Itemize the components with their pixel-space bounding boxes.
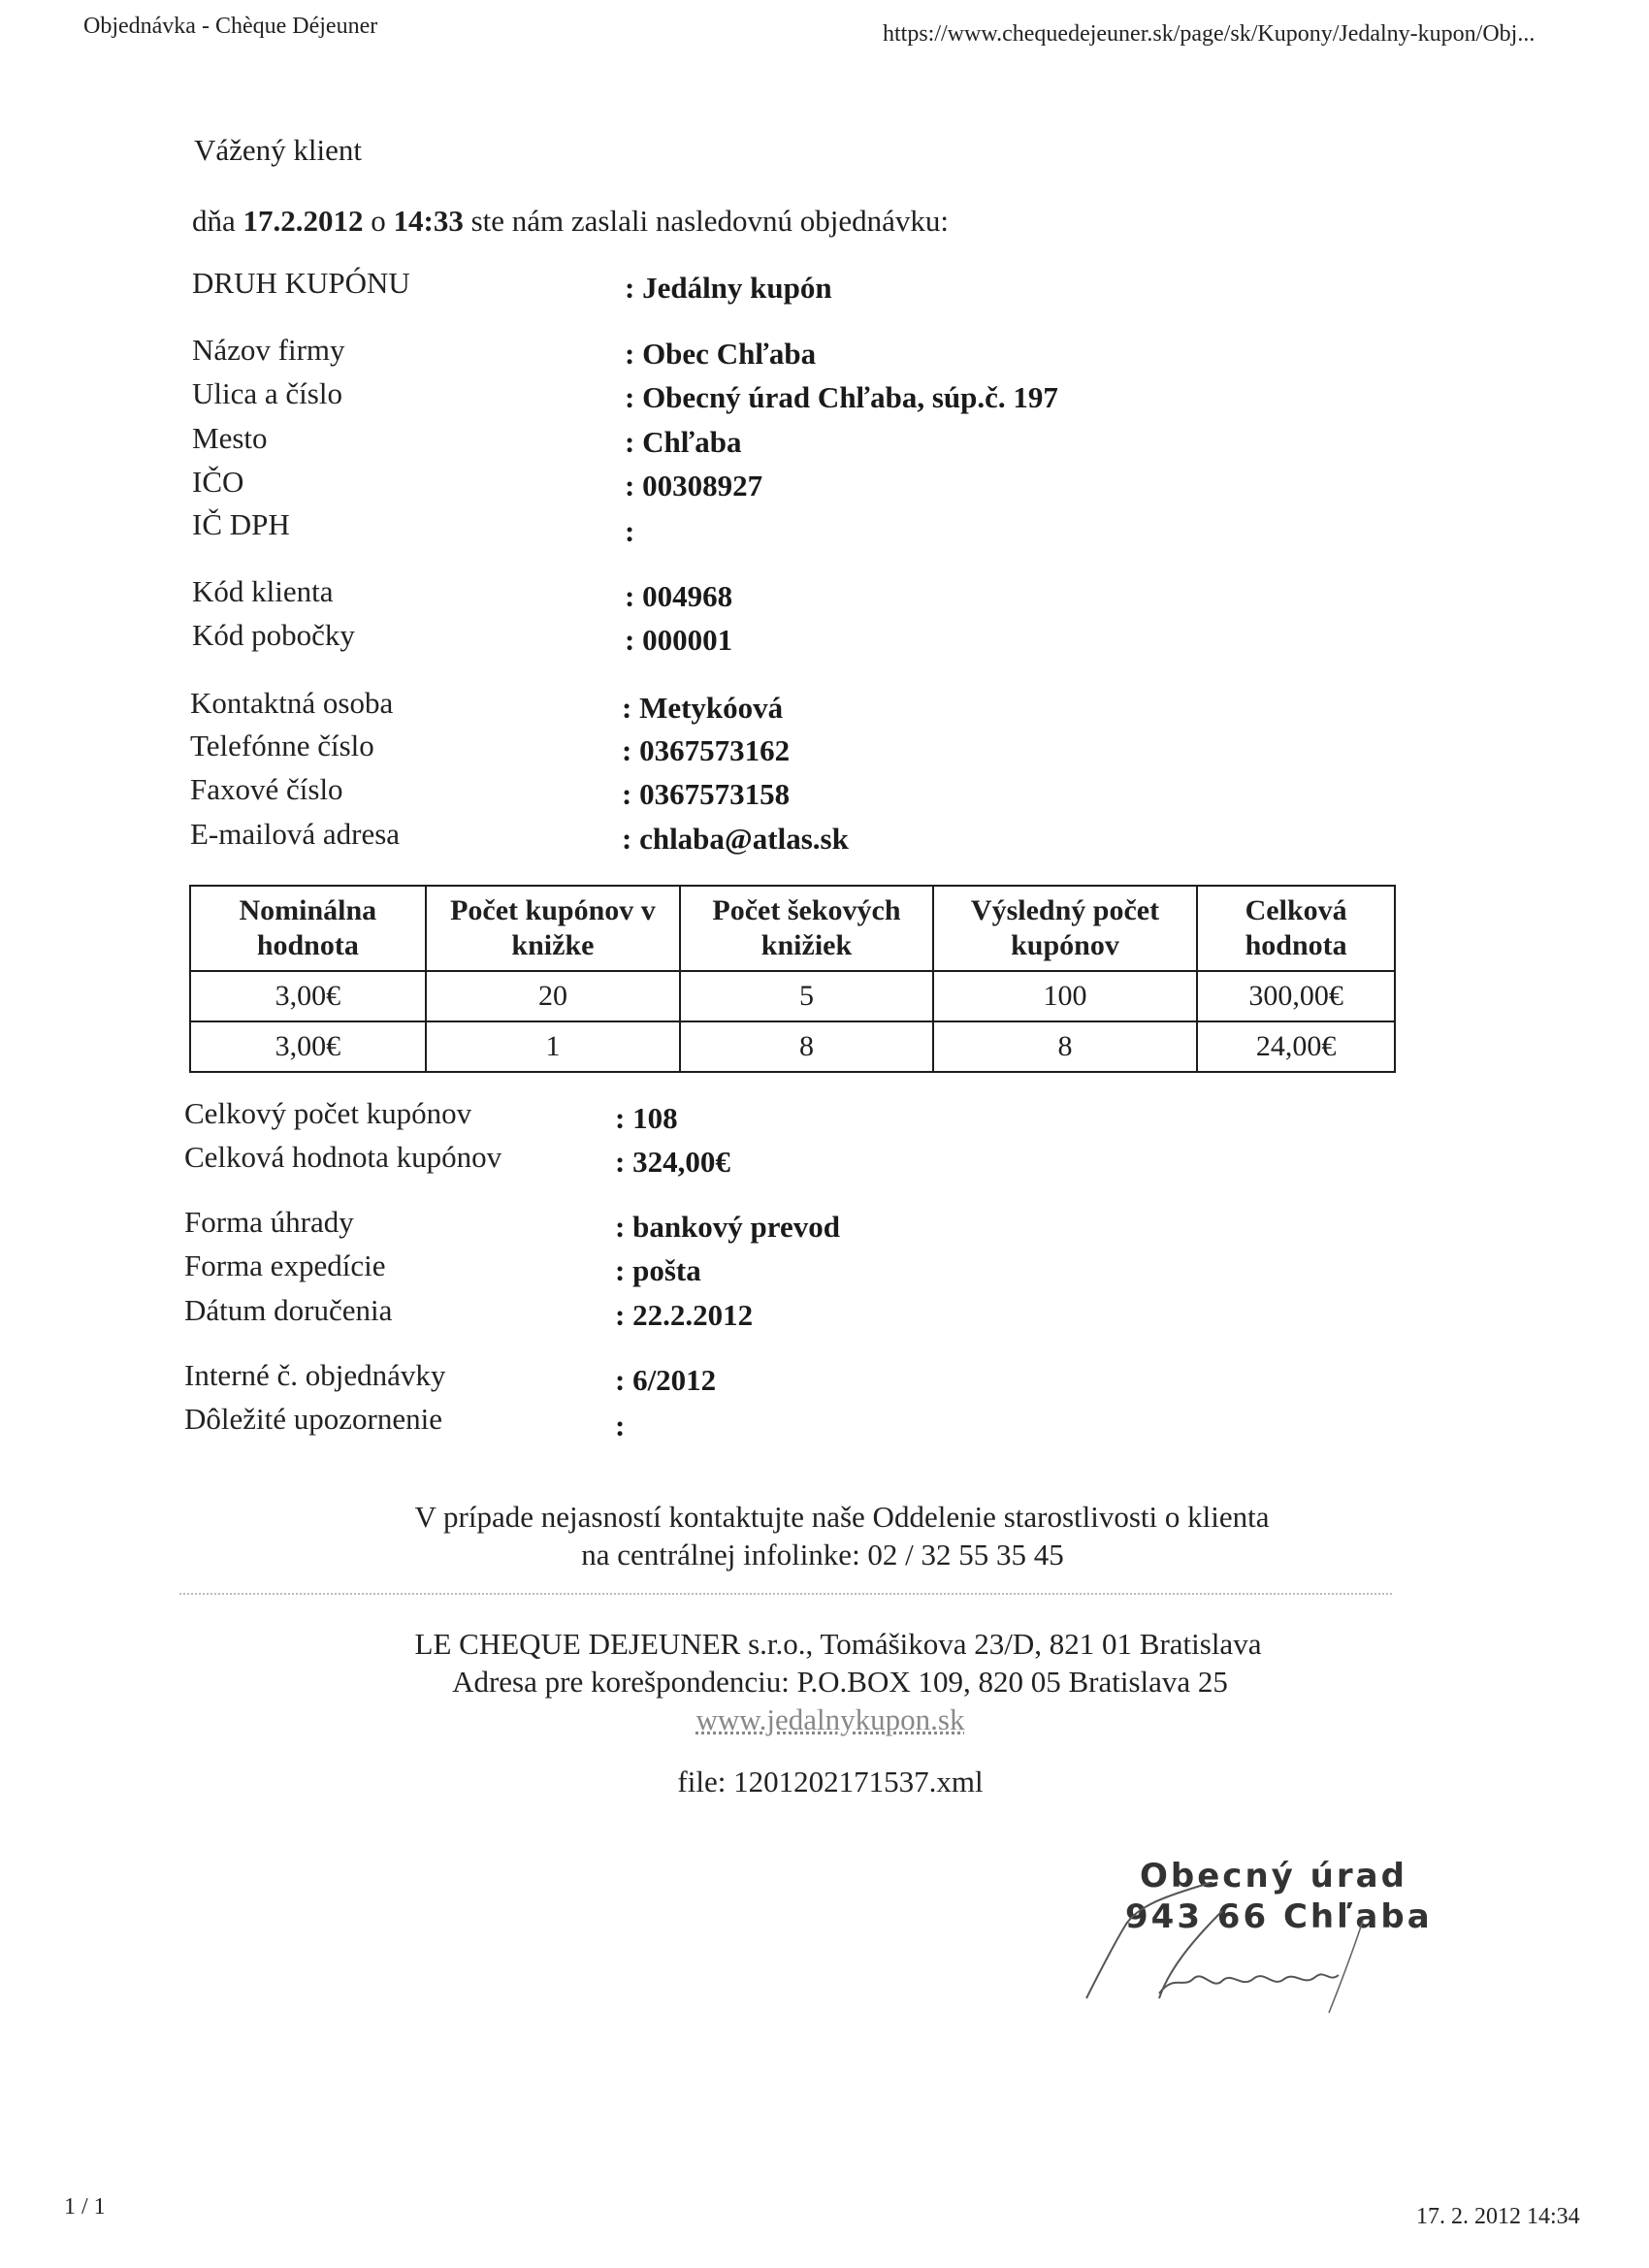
footer-mail-address: Adresa pre korešpondenciu: P.O.BOX 109, … [16, 1665, 1649, 1700]
street-label: Ulica a číslo [192, 376, 342, 411]
client-code-value: : 004968 [625, 579, 732, 614]
branch-code-label: Kód pobočky [192, 618, 355, 653]
cell: 8 [933, 1021, 1198, 1072]
order-time: 14:33 [394, 204, 464, 238]
fax-label: Faxové číslo [190, 772, 343, 807]
order-table: Nominálna hodnota Počet kupónov v knižke… [189, 885, 1396, 1073]
payment-method-value: : bankový prevod [615, 1210, 840, 1245]
phone-label: Telefónne číslo [190, 729, 374, 763]
support-note-line1: V prípade nejasností kontaktujte naše Od… [17, 1500, 1649, 1535]
internal-order-value: : 6/2012 [615, 1363, 716, 1398]
intro-suffix: ste nám zaslali nasledovnú objednávku: [464, 204, 949, 238]
footer-website-link[interactable]: www.jedalnykupon.sk [696, 1702, 965, 1736]
shipping-method-label: Forma expedície [184, 1248, 385, 1283]
total-value-value: : 324,00€ [615, 1145, 730, 1180]
coupon-type-value: : Jedálny kupón [625, 271, 832, 306]
page-title-header: Objednávka - Chèque Déjeuner [83, 14, 377, 40]
email-label: E-mailová adresa [190, 817, 400, 852]
table-header-row: Nominálna hodnota Počet kupónov v knižke… [190, 886, 1395, 971]
intro-mid: o [364, 204, 394, 238]
cell: 5 [680, 971, 933, 1021]
phone-value: : 0367573162 [622, 733, 790, 768]
shipping-method-value: : pošta [615, 1253, 701, 1288]
fax-value: : 0367573158 [622, 777, 790, 812]
internal-order-label: Interné č. objednávky [184, 1358, 445, 1393]
cell: 24,00€ [1197, 1021, 1395, 1072]
footer-file: file: 1201202171537.xml [6, 1765, 1649, 1799]
cell: 8 [680, 1021, 933, 1072]
printed-at: 17. 2. 2012 14:34 [1416, 2204, 1580, 2230]
greeting: Vážený klient [194, 133, 362, 168]
page-url-header: https://www.chequedejeuner.sk/page/sk/Ku… [883, 21, 1535, 48]
delivery-date-value: : 22.2.2012 [615, 1298, 753, 1333]
col-coupons-per-book: Počet kupónov v knižke [426, 886, 681, 971]
delivery-date-label: Dátum doručenia [184, 1293, 392, 1328]
ico-value: : 00308927 [625, 469, 762, 503]
company-name-label: Názov firmy [192, 333, 345, 368]
page-number: 1 / 1 [64, 2194, 106, 2220]
support-note-line2: na centrálnej infolinke: 02 / 32 55 35 4… [0, 1538, 1647, 1572]
order-date: 17.2.2012 [243, 204, 364, 238]
total-count-value: : 108 [615, 1101, 678, 1136]
signature-icon [1067, 1882, 1387, 2018]
col-book-count: Počet šekových knižiek [680, 886, 933, 971]
important-notice-value: : [615, 1409, 625, 1443]
street-value: : Obecný úrad Chľaba, súp.č. 197 [625, 380, 1058, 415]
total-count-label: Celkový počet kupónov [184, 1096, 471, 1131]
cell: 100 [933, 971, 1198, 1021]
divider [179, 1593, 1392, 1595]
cell: 1 [426, 1021, 681, 1072]
footer-company: LE CHEQUE DEJEUNER s.r.o., Tomášikova 23… [14, 1627, 1649, 1662]
important-notice-label: Dôležité upozornenie [184, 1402, 442, 1437]
total-value-label: Celková hodnota kupónov [184, 1140, 501, 1175]
col-total-value: Celková hodnota [1197, 886, 1395, 971]
vat-id-value: : [625, 514, 634, 549]
cell: 3,00€ [190, 971, 426, 1021]
intro-sentence: dňa 17.2.2012 o 14:33 ste nám zaslali na… [192, 204, 949, 239]
company-name-value: : Obec Chľaba [625, 337, 816, 372]
contact-person-value: : Metykóová [622, 691, 783, 726]
cell: 3,00€ [190, 1021, 426, 1072]
city-label: Mesto [192, 421, 268, 456]
table-row: 3,00€ 20 5 100 300,00€ [190, 971, 1395, 1021]
client-code-label: Kód klienta [192, 574, 334, 609]
coupon-type-label: DRUH KUPÓNU [192, 266, 410, 301]
footer-website-wrap: www.jedalnykupon.sk [6, 1702, 1649, 1737]
branch-code-value: : 000001 [625, 623, 732, 658]
vat-id-label: IČ DPH [192, 507, 290, 542]
cell: 300,00€ [1197, 971, 1395, 1021]
ico-label: IČO [192, 465, 243, 500]
cell: 20 [426, 971, 681, 1021]
table-row: 3,00€ 1 8 8 24,00€ [190, 1021, 1395, 1072]
payment-method-label: Forma úhrady [184, 1205, 354, 1240]
col-nominal-value: Nominálna hodnota [190, 886, 426, 971]
intro-prefix: dňa [192, 204, 243, 238]
city-value: : Chľaba [625, 425, 741, 460]
contact-person-label: Kontaktná osoba [190, 686, 393, 721]
email-value: : chlaba@atlas.sk [622, 822, 849, 857]
col-resulting-count: Výsledný počet kupónov [933, 886, 1198, 971]
